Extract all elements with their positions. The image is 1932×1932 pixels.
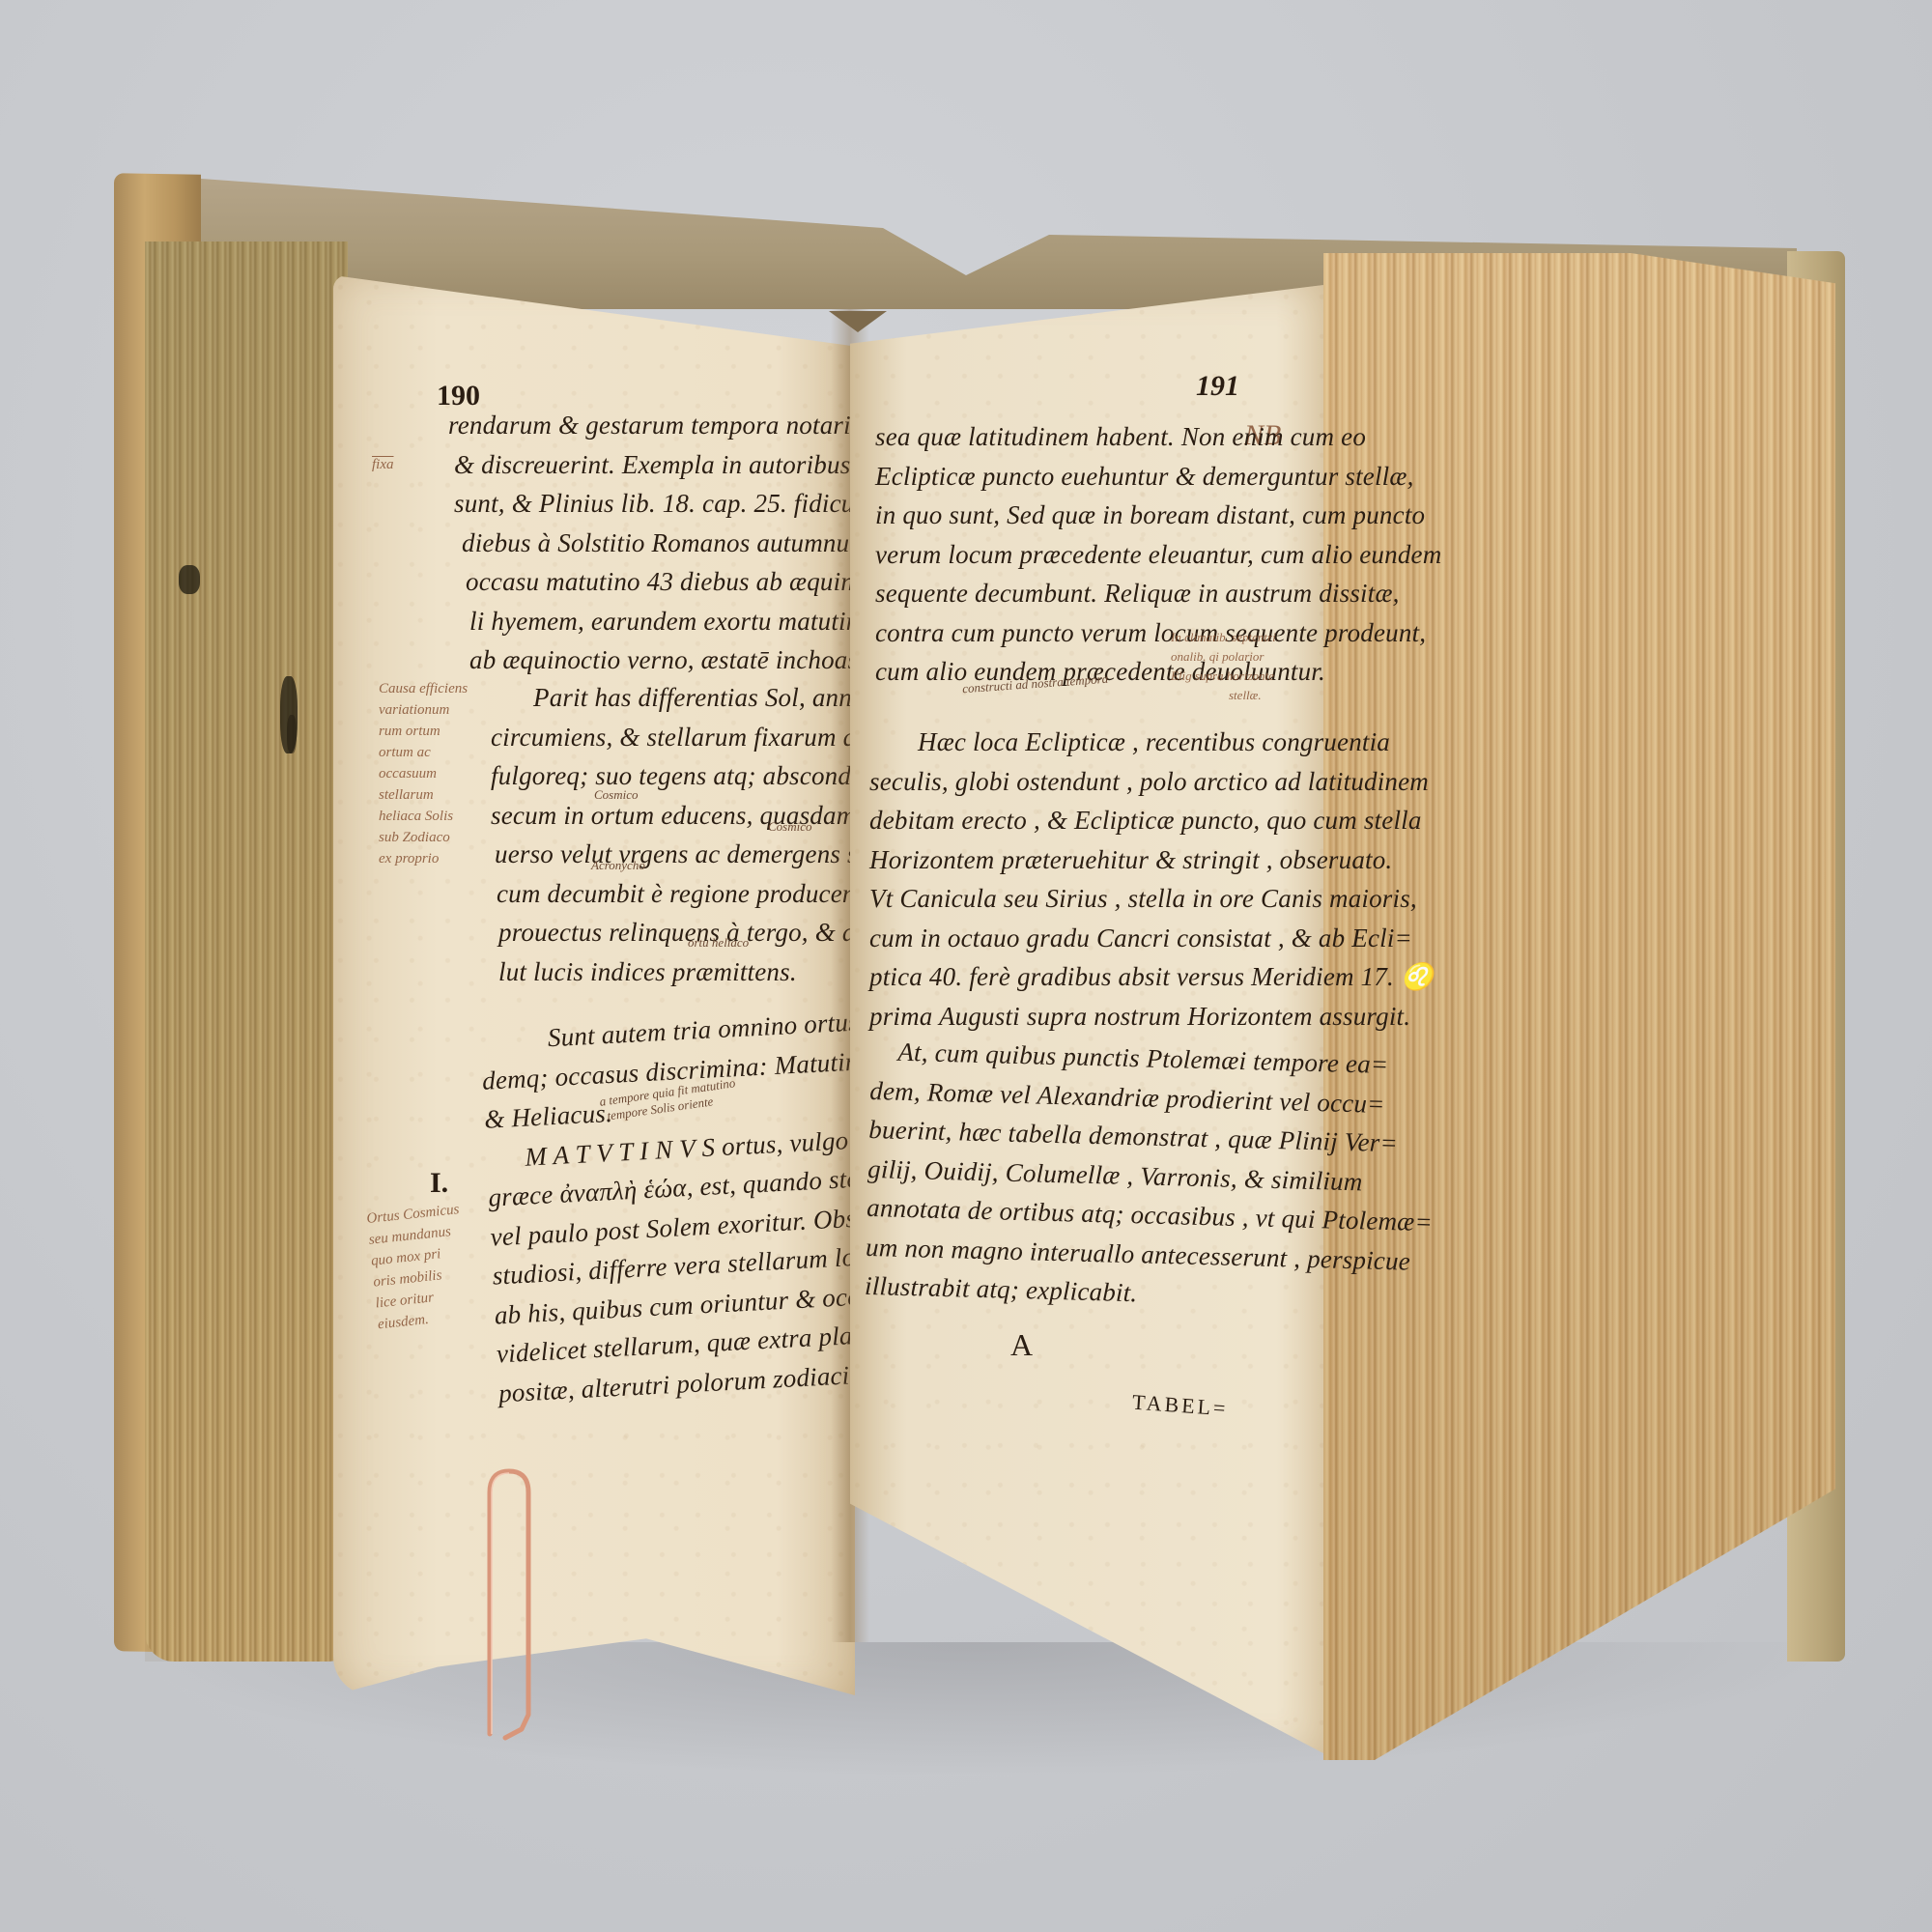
right-page-paragraph-2: Hæc loca Eclipticæ , recentibus congruen…: [869, 723, 1434, 1036]
text-line: Horizontem præteruehitur & stringit , ob…: [869, 840, 1434, 880]
text-line: Vt Canicula seu Sirius , stella in ore C…: [869, 879, 1434, 919]
paper-clip-icon[interactable]: [469, 1454, 555, 1744]
text-line: Hæc loca Eclipticæ , recentibus congruen…: [869, 723, 1434, 762]
marginal-line: variationum: [379, 699, 485, 721]
marginal-line: Causa efficiens: [379, 678, 485, 699]
text-line: ptica 40. ferè gradibus absit versus Mer…: [869, 957, 1434, 997]
marginal-note-bottom: Ortus Cosmicus seu mundanus quo mox pri …: [365, 1198, 484, 1336]
text-line: cum in octauo gradu Cancri consistat , &…: [869, 919, 1434, 958]
marginal-line: stellarum: [379, 784, 485, 806]
right-page-paragraph-3: At, cum quibus punctis Ptolemæi tempore …: [865, 1032, 1437, 1321]
right-page-paragraph-1: sea quæ latitudinem habent. Non enim cum…: [875, 417, 1441, 692]
text-line: Eclipticæ puncto euehuntur & demerguntur…: [875, 457, 1441, 497]
marginal-note-middle: Causa efficiens variationum rum ortum or…: [379, 678, 485, 869]
marginal-line: sub Zodiaco: [379, 827, 485, 848]
section-number: I.: [430, 1167, 448, 1200]
text-line: seculis, globi ostendunt , polo arctico …: [869, 762, 1434, 802]
page-edges-left: [145, 241, 348, 1662]
marginal-line: Elig supra horizonte: [1171, 667, 1325, 686]
ink-stain: [179, 565, 200, 594]
interlinear-note: Acronycho: [591, 858, 645, 873]
marginal-note-top: fixa: [372, 454, 394, 475]
marginal-line: In climatib. septentri: [1171, 628, 1325, 647]
marginal-line: onalib. qi polarior: [1171, 647, 1325, 667]
marginal-line: stellæ.: [1171, 686, 1325, 705]
marginal-line: rum ortum: [379, 721, 485, 742]
text-line: prima Augusti supra nostrum Horizontem a…: [869, 997, 1434, 1037]
page-number-191: 191: [1196, 370, 1239, 403]
text-line: sequente decumbunt. Reliquæ in austrum d…: [875, 574, 1441, 613]
marginal-line: heliaca Solis: [379, 806, 485, 827]
marginal-line: ortum ac: [379, 742, 485, 763]
marginal-note-side: In climatib. septentri onalib. qi polari…: [1171, 628, 1325, 705]
marginal-line: occasuum: [379, 763, 485, 784]
text-line: sea quæ latitudinem habent. Non enim cum…: [875, 417, 1441, 457]
text-line: in quo sunt, Sed quæ in boream distant, …: [875, 496, 1441, 535]
signature-mark: A: [1010, 1327, 1033, 1363]
interlinear-note: ortu heliaco: [688, 935, 749, 951]
text-line: contra cum puncto verum locum sequente p…: [875, 613, 1441, 653]
text-line: cum alio eundem præcedente deuoluuntur.: [875, 652, 1441, 692]
interlinear-note: Cosmico: [768, 819, 812, 835]
text-line: verum locum præcedente eleuantur, cum al…: [875, 535, 1441, 575]
interlinear-note: Cosmico: [594, 787, 639, 803]
text-line: debitam erecto , & Eclipticæ puncto, quo…: [869, 801, 1434, 840]
marginal-line: ex proprio: [379, 848, 485, 869]
ink-stain: [287, 715, 297, 753]
